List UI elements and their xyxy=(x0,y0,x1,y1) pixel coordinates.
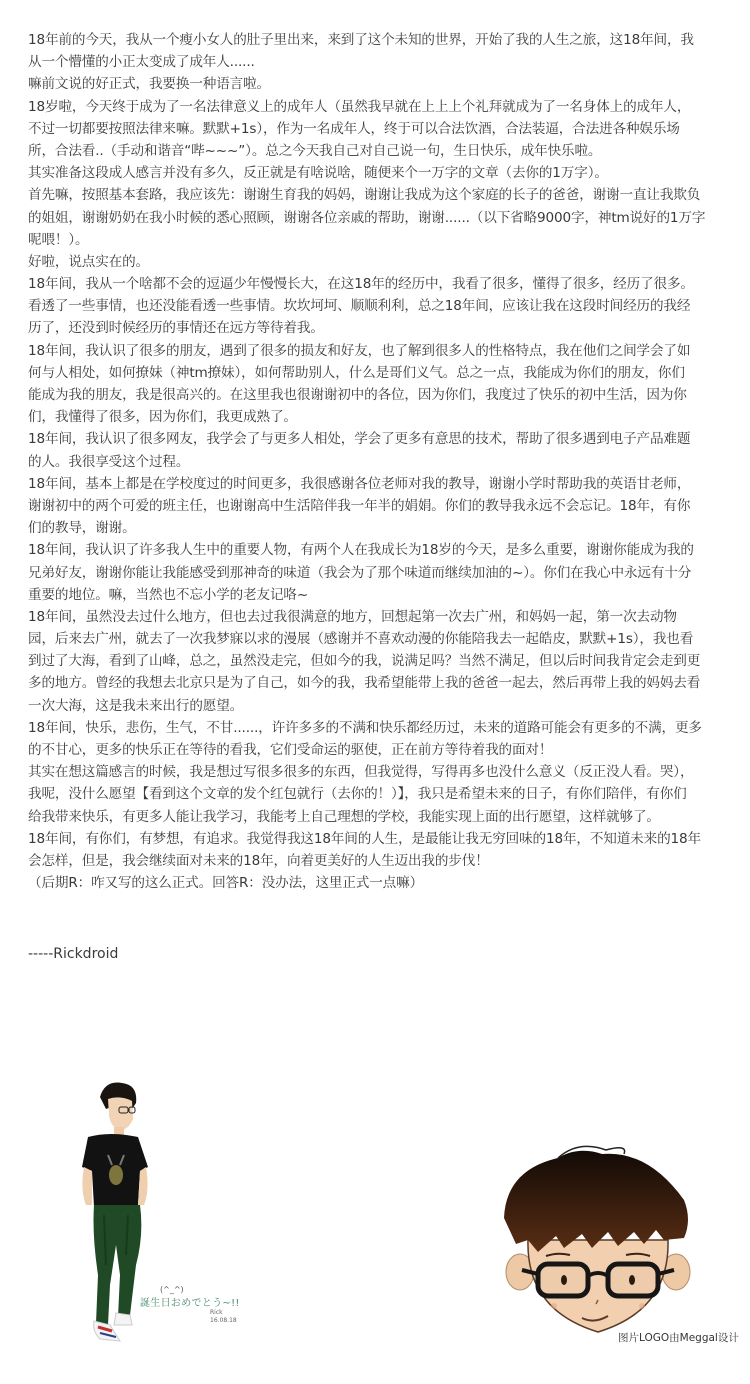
paragraph-line: 多的地方。曾经的我想去北京只是为了自己，如今的我，我希望能带上我的爸爸一起去，然… xyxy=(28,672,728,694)
logo-credit-text: 图片LOGO由Meggal设计 xyxy=(618,1330,739,1345)
paragraph-line: 18年间，我认识了很多的朋友，遇到了很多的损友和好友，也了解到很多人的性格特点，… xyxy=(28,340,728,362)
note-date: 16.08.18 xyxy=(210,1317,290,1325)
paragraph-line: 18年间，基本上都是在学校度过的时间更多，我很感谢各位老师对我的教导，谢谢小学时… xyxy=(28,473,728,495)
paragraph-line: 所，合法看..（手动和谐音“哔~~~”）。总之今天我自己对自己说一句，生日快乐，… xyxy=(28,140,728,162)
paragraph-line: 能成为我的朋友，我是很高兴的。在这里我也很谢谢初中的各位，因为你们，我度过了快乐… xyxy=(28,384,728,406)
paragraph-line: 谢谢初中的两个可爱的班主任，也谢谢高中生活陪伴我一年半的娟娟。你们的教导我永远不… xyxy=(28,495,728,517)
paragraph-line: 们的教导，谢谢。 xyxy=(28,517,728,539)
paragraph-line: 的不甘心，更多的快乐正在等待的看我，它们受命运的驱使，正在前方等待着我的面对！ xyxy=(28,739,728,761)
article-body: 18年前的今天，我从一个瘦小女人的肚子里出来，来到了这个未知的世界，开始了我的人… xyxy=(28,29,728,965)
paragraph-line: 其实准备这段成人感言并没有多久，反正就是有啥说啥，随便来个一万字的文章（去你的1… xyxy=(28,162,728,184)
paragraph-line: 何与人相处，如何撩妹（神tm撩妹），如何帮助别人，什么是哥们义气。总之一点，我能… xyxy=(28,362,728,384)
paragraph-line: 首先嘛，按照基本套路，我应该先：谢谢生育我的妈妈，谢谢让我成为这个家庭的长子的爸… xyxy=(28,184,728,206)
paragraph-line: 重要的地位。嘛，当然也不忘小学的老友记咯~ xyxy=(28,584,728,606)
paragraph-line: 们，我懂得了很多，因为你们，我更成熟了。 xyxy=(28,406,728,428)
paragraph-line: 到过了大海，看到了山峰，总之，虽然没走完，但如今的我，说满足吗？当然不满足，但以… xyxy=(28,650,728,672)
note-signature: Rick xyxy=(210,1309,290,1317)
paragraph-line: 一次大海，这是我未来出行的愿望。 xyxy=(28,695,728,717)
paragraph-line: （后期R：咋又写的这么正式。回答R：没办法，这里正式一点嘛） xyxy=(28,872,728,894)
paragraph-line: 嘛前文说的好正式，我要换一种语言啦。 xyxy=(28,73,728,95)
paragraph-line: 的人。我很享受这个过程。 xyxy=(28,451,728,473)
paragraph-line: 不过一切都要按照法律来嘛。默默+1s），作为一名成年人，终于可以合法饮酒，合法装… xyxy=(28,118,728,140)
paragraph-line: 好啦，说点实在的。 xyxy=(28,251,728,273)
paragraph-line: 给我带来快乐，有更多人能让我学习，我能考上自己理想的学校，我能实现上面的出行愿望… xyxy=(28,806,728,828)
paragraph-line: 18年间，有你们，有梦想，有追求。我觉得我这18年间的人生，是最能让我无穷回味的… xyxy=(28,828,728,850)
paragraph-line: 18年间，虽然没去过什么地方，但也去过我很满意的地方，回想起第一次去广州，和妈妈… xyxy=(28,606,728,628)
spacer xyxy=(28,917,728,939)
handwritten-birthday-note: (^_^) 誕生日おめでとう~!! Rick 16.08.18 xyxy=(140,1285,290,1325)
paragraph-line: 18年间，我认识了许多我人生中的重要人物，有两个人在我成长为18岁的今天，是多么… xyxy=(28,539,728,561)
paragraph-line: 看透了一些事情，也还没能看透一些事情。坎坎坷坷、顺顺利利，总之18年间，应该让我… xyxy=(28,295,728,317)
paragraph-line: 呢喂！）。 xyxy=(28,229,728,251)
paragraph-line: 18年前的今天，我从一个瘦小女人的肚子里出来，来到了这个未知的世界，开始了我的人… xyxy=(28,29,728,51)
emoticon: (^_^) xyxy=(160,1285,290,1294)
cartoon-head-logo xyxy=(498,1140,698,1340)
paragraph-line: 从一个懵懂的小正太变成了成年人...... xyxy=(28,51,728,73)
paragraph-line: 18年间，我从一个啥都不会的逗逼少年慢慢长大，在这18年的经历中，我看了很多，懂… xyxy=(28,273,728,295)
paragraph-line: 18岁啦，今天终于成为了一名法律意义上的成年人（虽然我早就在上上上个礼拜就成为了… xyxy=(28,96,728,118)
paragraph-line xyxy=(28,894,728,916)
paragraph-line: 会怎样，但是，我会继续面对未来的18年，向着更美好的人生迈出我的步伐！ xyxy=(28,850,728,872)
paragraph-line: 18年间，我认识了很多网友，我学会了与更多人相处，学会了更多有意思的技术，帮助了… xyxy=(28,428,728,450)
paragraph-line: 18年间，快乐，悲伤，生气，不甘......，许许多多的不满和快乐都经历过，未来… xyxy=(28,717,728,739)
paragraph-line: 历了，还没到时候经历的事情还在远方等待着我。 xyxy=(28,317,728,339)
paragraph-line: 的姐姐，谢谢奶奶在我小时候的悉心照顾，谢谢各位亲戚的帮助，谢谢......（以下… xyxy=(28,207,728,229)
standing-boy-illustration xyxy=(60,1075,290,1375)
paragraph-line: 我呢，没什么愿望【看到这个文章的发个红包就行（去你的！）】，我只是希望未来的日子… xyxy=(28,783,728,805)
paragraph-line: 其实在想这篇感言的时候，我是想过写很多很多的东西，但我觉得，写得再多也没什么意义… xyxy=(28,761,728,783)
birthday-message: 誕生日おめでとう~!! xyxy=(140,1294,290,1309)
paragraph-line: 兄弟好友，谢谢你能让我能感受到那神奇的味道（我会为了那个味道而继续加油的~）。你… xyxy=(28,562,728,584)
paragraph-line: 园，后来去广州，就去了一次我梦寐以求的漫展（感谢并不喜欢动漫的你能陪我去一起皓皮… xyxy=(28,628,728,650)
author-signature: -----Rickdroid xyxy=(28,943,728,965)
